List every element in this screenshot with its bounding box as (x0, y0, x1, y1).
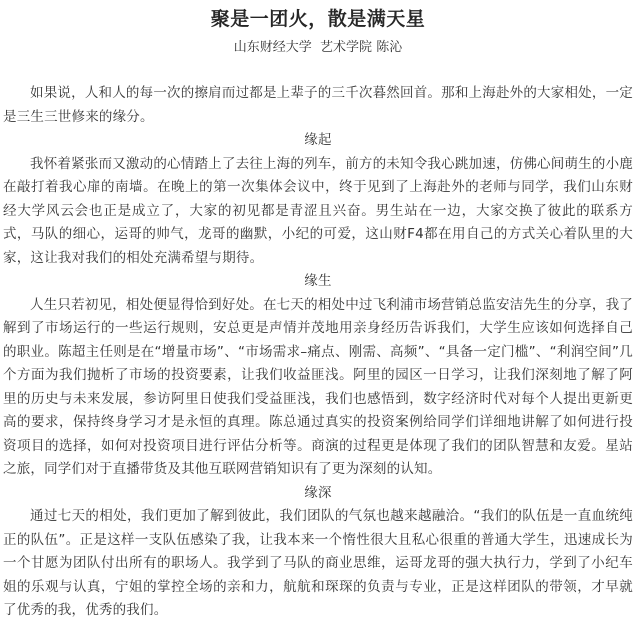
document-page: 聚是一团火，散是满天星 山东财经大学 艺术学院 陈沁 如果说，人和人的每一次的擦… (0, 0, 636, 619)
section-body-yuansheng: 人生只若初见，相处便显得恰到好处。在七天的相处中过飞利浦市场营销总监安洁先生的分… (3, 294, 633, 482)
document-title: 聚是一团火，散是满天星 (3, 6, 633, 32)
section-heading-yuansheng: 缘生 (3, 270, 633, 294)
section-body-yuanshen: 通过七天的相处，我们更加了解到彼此，我们团队的气氛也越来越融洽。“我们的队伍是一… (3, 505, 633, 619)
section-heading-yuanqi: 缘起 (3, 129, 633, 153)
document-byline: 山东财经大学 艺术学院 陈沁 (3, 38, 633, 58)
intro-paragraph: 如果说，人和人的每一次的擦肩而过都是上辈子的三千次暮然回首。那和上海赴外的大家相… (3, 82, 633, 129)
section-heading-yuanshen: 缘深 (3, 482, 633, 506)
section-body-yuanqi: 我怀着紧张而又激动的心情踏上了去往上海的列车，前方的未知令我心跳加速，仿佛心间萌… (3, 153, 633, 271)
